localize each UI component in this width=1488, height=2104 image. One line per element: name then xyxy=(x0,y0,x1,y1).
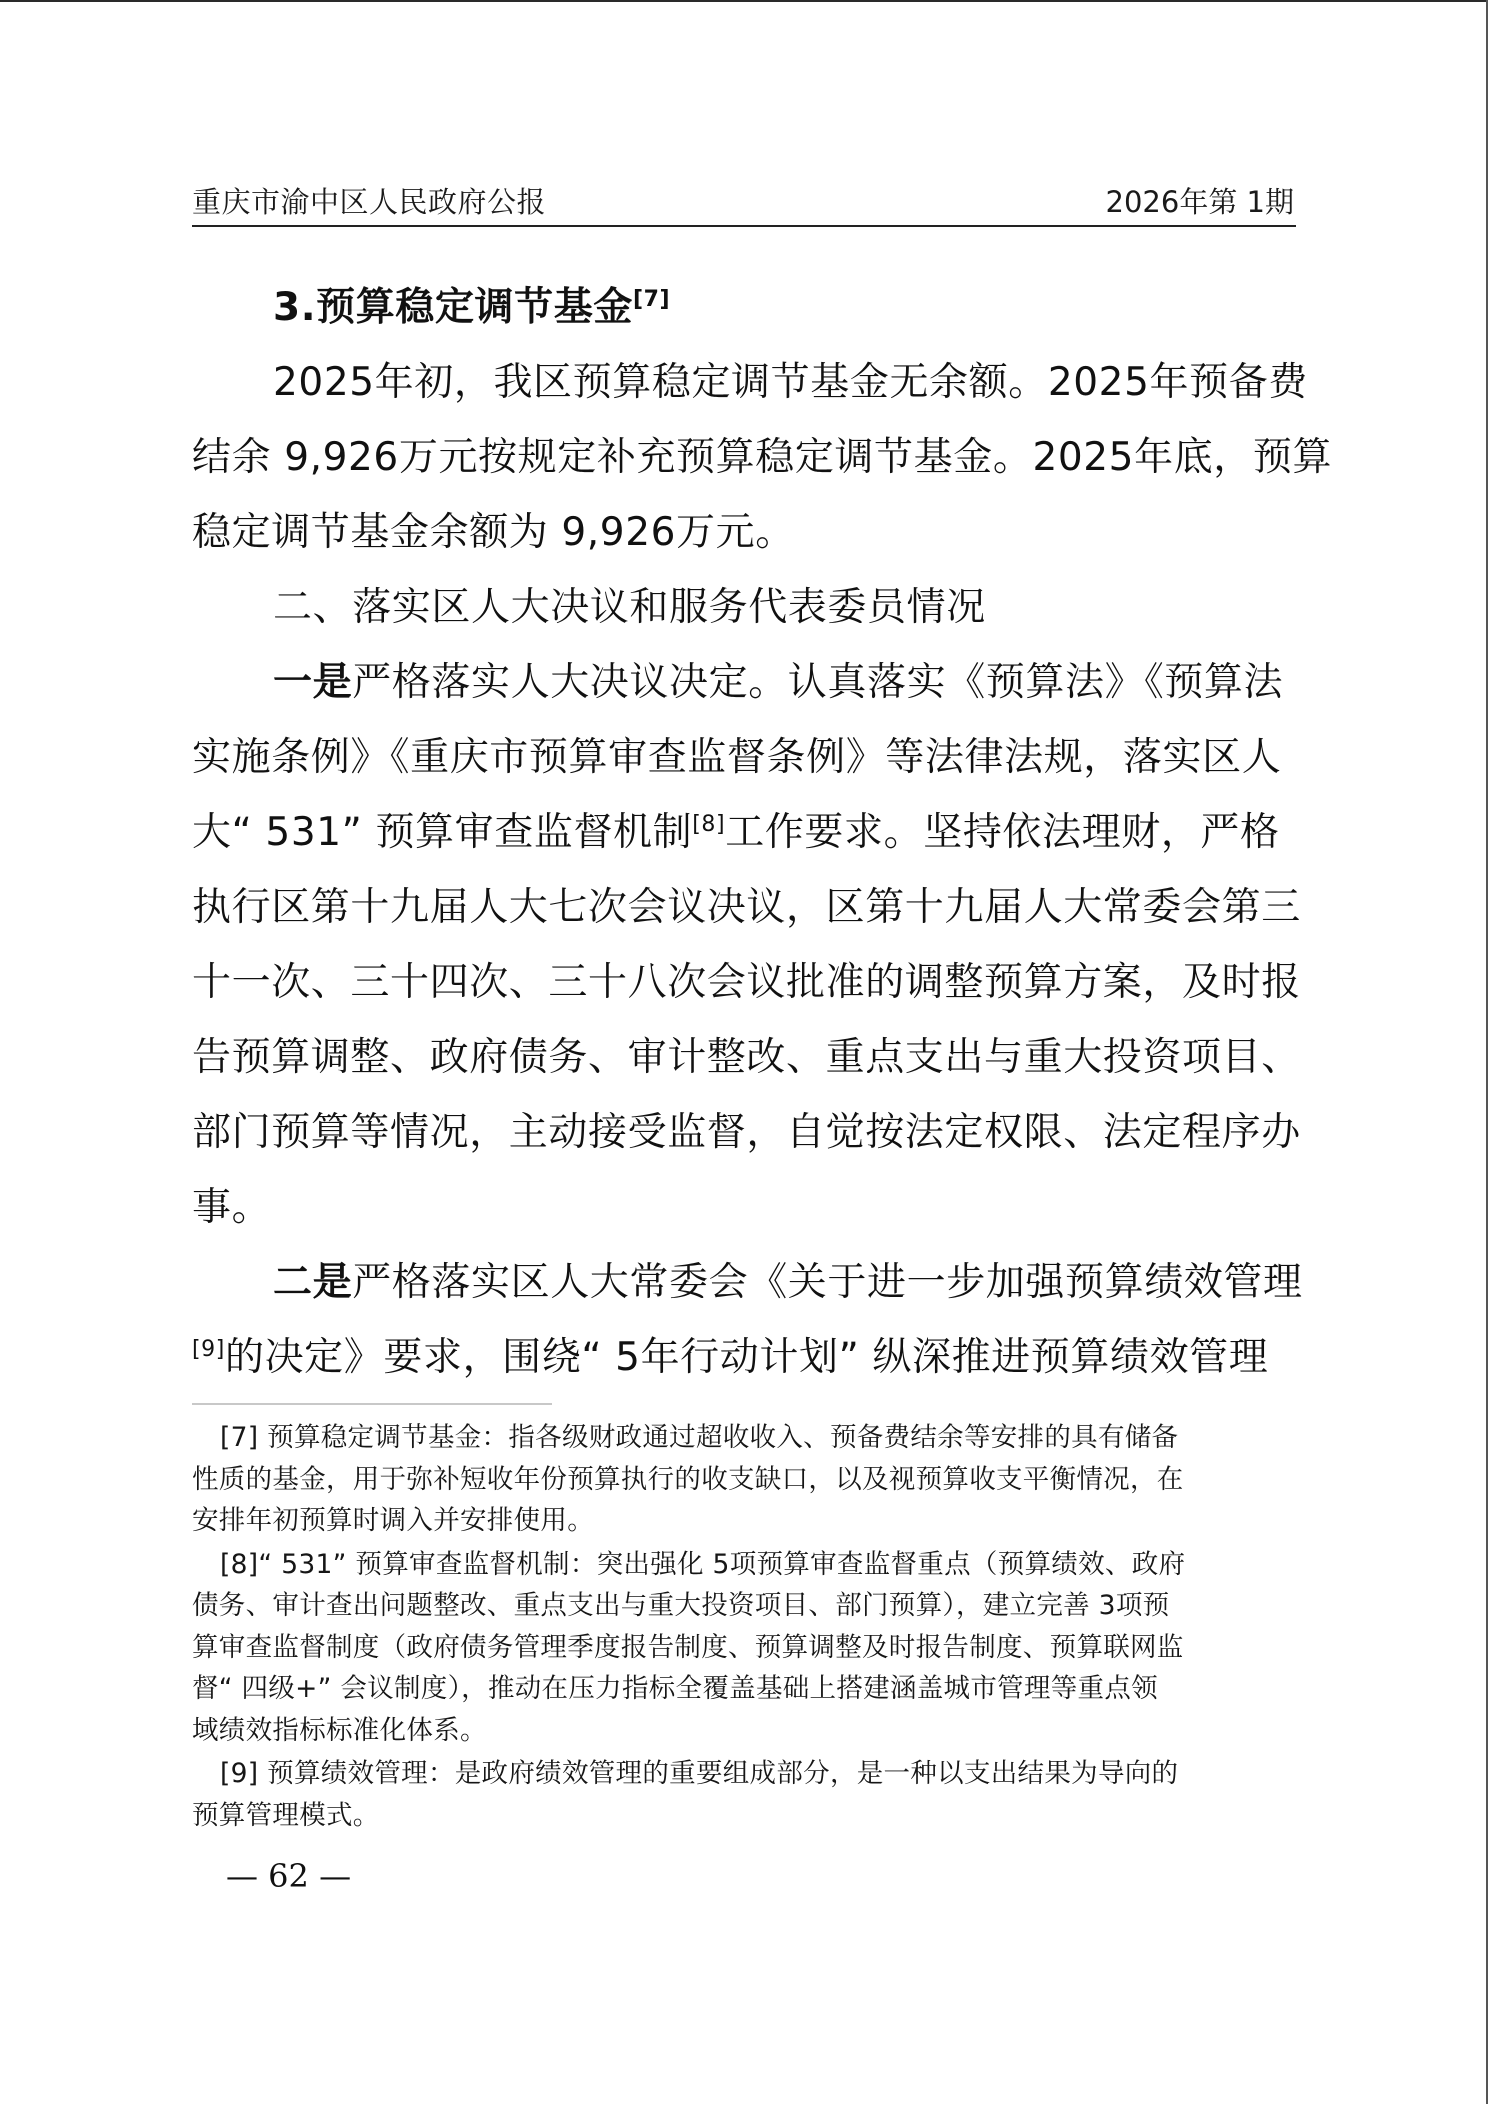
publication-title: 重庆市渝中区人民政府公报 xyxy=(192,184,546,220)
paragraph-line: 二是严格落实区人大常委会《关于进一步加强预算绩效管理 xyxy=(192,1255,1296,1330)
footnote-line: 安排年初预算时调入并安排使用。 xyxy=(192,1501,1296,1543)
point-lead: 一是 xyxy=(273,660,352,705)
issue-number: 2026年第 1期 xyxy=(1106,184,1294,220)
footnote-8: [8]“ 531” 预算审查监督机制：突出强化 5项预算审查监督重点（预算绩效、… xyxy=(192,1545,1296,1753)
paragraph-line: 大“ 531” 预算审查监督机制[8]工作要求。坚持依法理财，严格 xyxy=(192,805,1296,880)
line-text: 严格落实区人大常委会《关于进一步加强预算绩效管理 xyxy=(352,1260,1302,1305)
header-rule xyxy=(192,225,1296,227)
page-number: — 62 — xyxy=(226,1856,351,1896)
footnote-ref-9[interactable]: [9] xyxy=(192,1337,225,1362)
footnote-line: [7] 预算稳定调节基金：指各级财政通过超收收入、预备费结余等安排的具有储备 xyxy=(192,1418,1296,1460)
footnote-line: 域绩效指标标准化体系。 xyxy=(192,1711,1296,1753)
paragraph-line: 结余 9,926万元按规定补充预算稳定调节基金。2025年底，预算 xyxy=(192,430,1296,505)
footnote-ref-7[interactable]: [7] xyxy=(633,287,670,312)
footnote-line: [9] 预算绩效管理：是政府绩效管理的重要组成部分，是一种以支出结果为导向的 xyxy=(192,1754,1296,1796)
paragraph-line: 部门预算等情况，主动接受监督，自觉按法定权限、法定程序办 xyxy=(192,1105,1296,1180)
line-text: 的决定》要求，围绕“ 5年行动计划” 纵深推进预算绩效管理 xyxy=(225,1335,1268,1380)
running-header: 重庆市渝中区人民政府公报 2026年第 1期 xyxy=(192,180,1296,226)
paragraph-line: [9]的决定》要求，围绕“ 5年行动计划” 纵深推进预算绩效管理 xyxy=(192,1330,1296,1405)
paragraph-line: 十一次、三十四次、三十八次会议批准的调整预算方案，及时报 xyxy=(192,955,1296,1030)
footnote-9: [9] 预算绩效管理：是政府绩效管理的重要组成部分，是一种以支出结果为导向的 预… xyxy=(192,1754,1296,1837)
point-lead: 二是 xyxy=(273,1260,352,1305)
footnote-ref-8[interactable]: [8] xyxy=(692,812,725,837)
paragraph-line: 一是严格落实人大决议决定。认真落实《预算法》《预算法 xyxy=(192,655,1296,730)
section-heading-npc-resolutions: 二、落实区人大决议和服务代表委员情况 xyxy=(192,580,1296,655)
footnote-line: 算审查监督制度（政府债务管理季度报告制度、预算调整及时报告制度、预算联网监 xyxy=(192,1628,1296,1670)
footnote-7: [7] 预算稳定调节基金：指各级财政通过超收收入、预备费结余等安排的具有储备 性… xyxy=(192,1418,1296,1543)
paragraph-line: 2025年初，我区预算稳定调节基金无余额。2025年预备费 xyxy=(192,355,1296,430)
line-text: 工作要求。坚持依法理财，严格 xyxy=(725,810,1279,855)
paragraph-line: 稳定调节基金余额为 9,926万元。 xyxy=(192,505,1296,580)
footnote-line: [8]“ 531” 预算审查监督机制：突出强化 5项预算审查监督重点（预算绩效、… xyxy=(192,1545,1296,1587)
footnote-line: 性质的基金，用于弥补短收年份预算执行的收支缺口，以及视预算收支平衡情况，在 xyxy=(192,1460,1296,1502)
paragraph-line: 执行区第十九届人大七次会议决议，区第十九届人大常委会第三 xyxy=(192,880,1296,955)
line-text: 严格落实人大决议决定。认真落实《预算法》《预算法 xyxy=(352,660,1283,705)
paragraph-line: 告预算调整、政府债务、审计整改、重点支出与重大投资项目、 xyxy=(192,1030,1296,1105)
footnote-separator xyxy=(192,1403,552,1405)
heading-text: 3.预算稳定调节基金 xyxy=(273,285,633,330)
paragraph-line: 事。 xyxy=(192,1180,1296,1255)
section-heading-budget-stabilization-fund: 3.预算稳定调节基金[7] xyxy=(192,280,1296,355)
paragraph-line: 实施条例》《重庆市预算审查监督条例》等法律法规，落实区人 xyxy=(192,730,1296,805)
page-border-top xyxy=(0,0,1488,2)
footnote-line: 预算管理模式。 xyxy=(192,1796,1296,1838)
footnotes: [7] 预算稳定调节基金：指各级财政通过超收收入、预备费结余等安排的具有储备 性… xyxy=(192,1418,1296,1837)
footnote-line: 督“ 四级+” 会议制度），推动在压力指标全覆盖基础上搭建涵盖城市管理等重点领 xyxy=(192,1669,1296,1711)
footnote-line: 债务、审计查出问题整改、重点支出与重大投资项目、部门预算），建立完善 3项预 xyxy=(192,1586,1296,1628)
line-text: 大“ 531” 预算审查监督机制 xyxy=(192,810,692,855)
body-text: 3.预算稳定调节基金[7] 2025年初，我区预算稳定调节基金无余额。2025年… xyxy=(192,280,1296,1405)
